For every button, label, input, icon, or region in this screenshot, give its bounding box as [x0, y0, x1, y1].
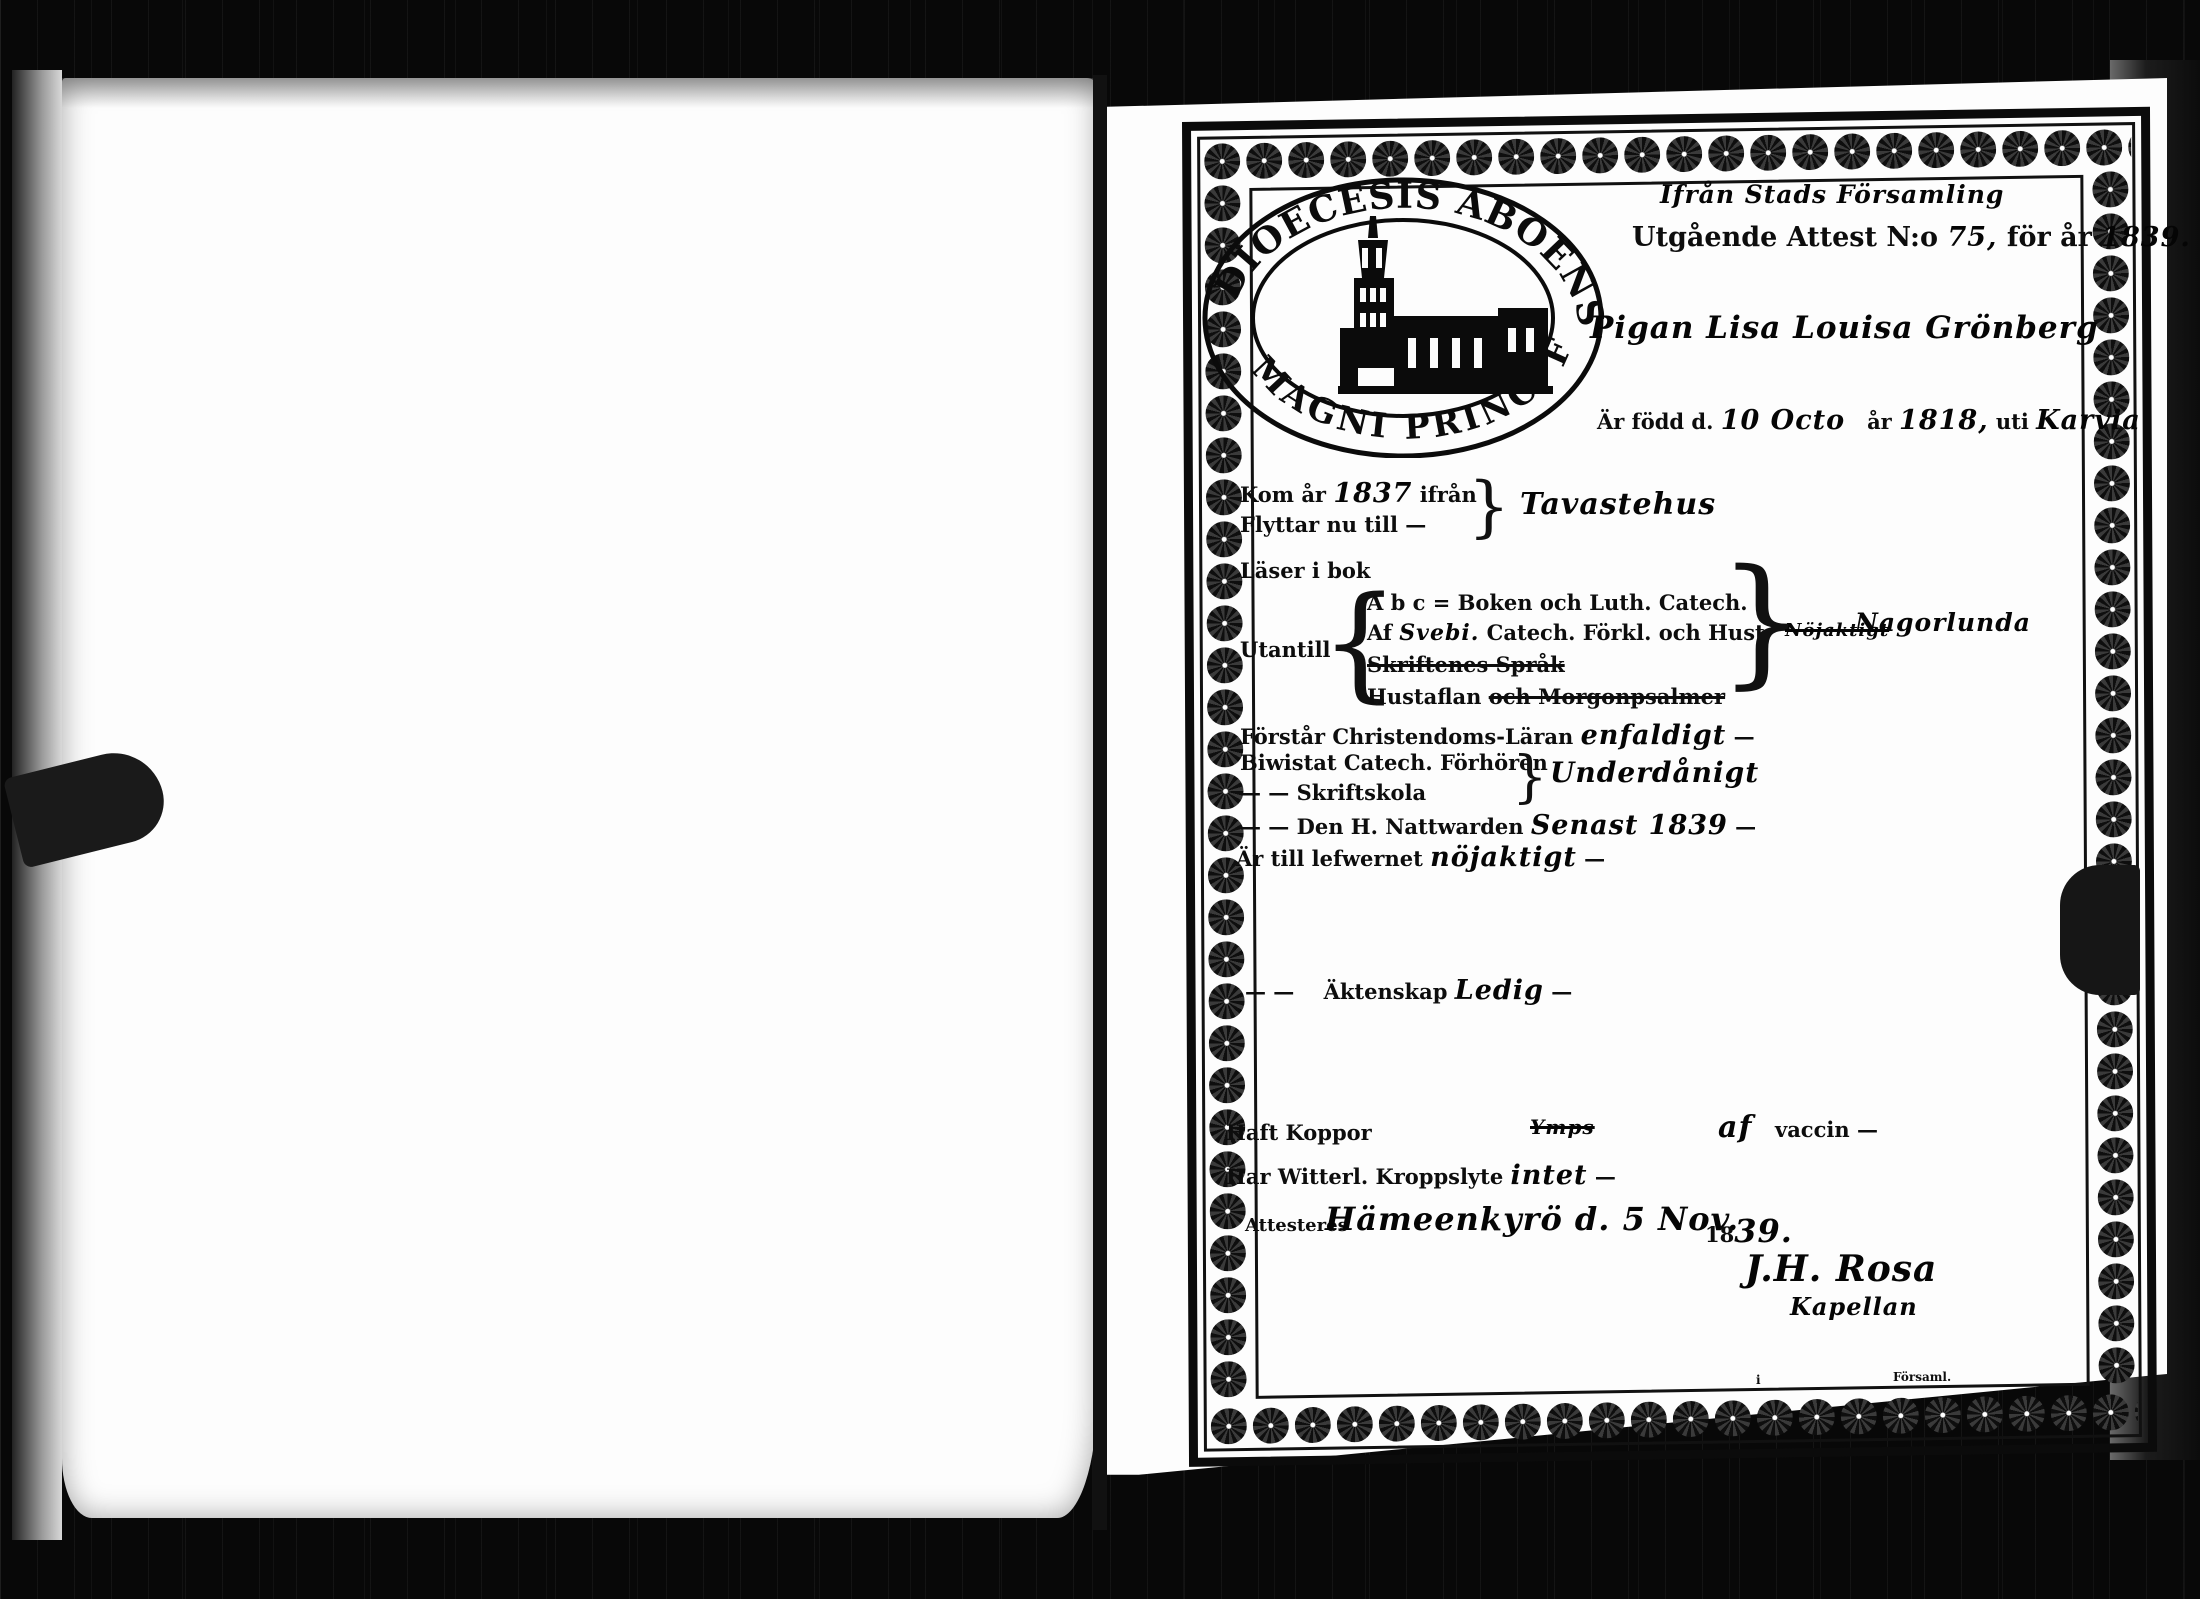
understands-line: Förstår Christendoms-Läran enfaldigt —: [1240, 720, 1755, 751]
rosette-ornament-icon: [2095, 591, 2131, 628]
rosette-ornament-icon: [1624, 136, 1660, 173]
communion-value: Senast 1839: [1531, 810, 1728, 841]
rosette-ornament-icon: [1673, 1401, 1709, 1438]
rosette-ornament-icon: [2097, 1011, 2133, 1048]
rosette-ornament-icon: [2095, 759, 2131, 796]
rosette-ornament-icon: [2009, 1395, 2045, 1432]
moving-to-line: Flyttar nu till —: [1240, 512, 1426, 537]
rosette-ornament-icon: [1547, 1403, 1583, 1440]
rosette-ornament-icon: [1505, 1403, 1541, 1440]
moving-to-label: Flyttar nu till: [1240, 512, 1398, 537]
rosette-ornament-icon: [1589, 1402, 1625, 1439]
rosette-ornament-icon: [1207, 605, 1243, 642]
rosette-ornament-icon: [1210, 1193, 1246, 1230]
marriage-value: Ledig: [1455, 975, 1544, 1006]
conduct-line: Är till lefwernet nöjaktigt —: [1236, 842, 1605, 873]
rosette-ornament-icon: [1210, 1319, 1246, 1356]
attendance-value: Underdånigt: [1550, 756, 1759, 789]
rosette-ornament-icon: [1750, 135, 1786, 172]
rosette-ornament-icon: [1715, 1400, 1751, 1437]
rosette-ornament-icon: [2094, 549, 2130, 586]
birth-line: Är född d. 10 Octo år 1818, uti Karvia: [1597, 405, 2141, 436]
right-page-clip: [2060, 865, 2140, 995]
rosette-ornament-icon: [2094, 507, 2130, 544]
blank-left-page: [62, 78, 1097, 1518]
defects-label: Har Witterl. Kroppslyte: [1226, 1164, 1503, 1189]
moving-to-dash: —: [1405, 512, 1426, 537]
defects-line: Har Witterl. Kroppslyte intet —: [1226, 1160, 1616, 1191]
marriage-line: — — Äktenskap Ledig —: [1245, 975, 1572, 1006]
rosette-ornament-icon: [1960, 131, 1996, 168]
rosette-ornament-icon: [1876, 133, 1912, 170]
rosette-ornament-icon: [2094, 465, 2130, 502]
vaccine-label: vaccin: [1775, 1117, 1850, 1142]
rosette-ornament-icon: [1210, 1361, 1246, 1398]
defects-value: intet: [1511, 1160, 1588, 1191]
reading-assessment: Nagorlunda: [1855, 608, 2031, 637]
conduct-label: Är till lefwernet: [1236, 846, 1423, 871]
destination-handwritten: Tavastehus: [1520, 487, 1716, 522]
parish-footer-label: Församl.: [1893, 1370, 1951, 1384]
came-line: Kom år 1837 ifrån: [1240, 478, 1477, 509]
rosette-ornament-icon: [2098, 1263, 2134, 1300]
rosette-ornament-icon: [1295, 1407, 1331, 1444]
rosette-ornament-icon: [1967, 1396, 2003, 1433]
rosette-ornament-icon: [2096, 801, 2132, 838]
rosette-ornament-icon: [1207, 689, 1243, 726]
rosette-ornament-icon: [2098, 1179, 2134, 1216]
marriage-prefix: — —: [1245, 979, 1294, 1004]
rosette-ornament-icon: [1208, 941, 1244, 978]
birth-year-label: år: [1867, 409, 1892, 434]
attestation-year: 1839.: [1705, 1212, 1793, 1250]
rosette-ornament-icon: [2097, 1137, 2133, 1174]
reading-item-scripture-struck: Skriftenes Språk: [1367, 652, 1565, 677]
certificate-year: 1839.: [2101, 222, 2191, 253]
smallpox-handwritten: af: [1718, 1110, 1752, 1145]
birth-year: 1818,: [1899, 405, 1989, 436]
rosette-ornament-icon: [1211, 1408, 1247, 1445]
birth-place-label: uti: [1996, 409, 2029, 434]
vaccine-line: vaccin —: [1775, 1117, 1878, 1142]
rosette-ornament-icon: [2098, 1305, 2134, 1342]
rosette-ornament-icon: [1883, 1397, 1919, 1434]
rosette-ornament-icon: [1206, 521, 1242, 558]
year-label: för år: [2007, 222, 2092, 253]
rosette-ornament-icon: [2135, 1393, 2138, 1430]
rosette-ornament-icon: [2095, 717, 2131, 754]
rosette-ornament-icon: [1708, 135, 1744, 172]
rosette-ornament-icon: [2095, 633, 2131, 670]
rosette-ornament-icon: [2092, 171, 2128, 208]
catechism-handwritten: Svebi.: [1399, 620, 1479, 646]
rosette-column-right: [2089, 168, 2137, 1392]
attestation-place-date: Hämeenkyrö d. 5 Nov.: [1325, 1200, 1739, 1238]
seal-top-text: DIOECESIS ABOENSIS.: [1198, 168, 1608, 331]
smallpox-label: Haft Koppor: [1226, 1120, 1372, 1145]
book-gutter: [1093, 75, 1107, 1530]
morning-psalms-struck: och Morgonpsalmer: [1489, 684, 1725, 709]
communion-line: — — Den H. Nattwarden Senast 1839 —: [1240, 810, 1756, 841]
birth-place: Karvia: [2036, 405, 2141, 436]
rosette-ornament-icon: [1463, 1404, 1499, 1441]
rosette-ornament-icon: [2095, 675, 2131, 712]
certificate-title-label: Utgående Attest N:o: [1632, 222, 1938, 253]
rosette-ornament-icon: [1210, 1277, 1246, 1314]
rosette-ornament-icon: [1209, 1067, 1245, 1104]
rosette-ornament-icon: [2098, 1221, 2134, 1258]
movement-brace: }: [1468, 468, 1510, 545]
marriage-label: Äktenskap: [1324, 979, 1448, 1004]
rosette-ornament-icon: [1379, 1405, 1415, 1442]
rosette-ornament-icon: [2044, 130, 2080, 167]
came-label: Kom år: [1240, 482, 1326, 507]
issuing-parish-handwritten: Ifrån Stads Församling: [1660, 180, 2004, 209]
rosette-ornament-icon: [2097, 1053, 2133, 1090]
attendance-brace: }: [1512, 745, 1548, 810]
attended-catech-label: Biwistat Catech. Förhören: [1240, 750, 1548, 775]
rosette-ornament-icon: [2097, 1095, 2133, 1132]
rosette-ornament-icon: [1207, 731, 1243, 768]
smallpox-struck: Ymps: [1530, 1115, 1595, 1139]
priest-signature: J.H. Rosa: [1745, 1248, 1937, 1290]
rosette-ornament-icon: [2002, 131, 2038, 168]
reading-item-household-table: Hustaflan och Morgonpsalmer: [1367, 684, 1725, 709]
rosette-ornament-icon: [2086, 129, 2122, 166]
svg-text:DIOECESIS ABOENSIS.: DIOECESIS ABOENSIS.: [1198, 168, 1608, 331]
birth-day: 10 Octo: [1721, 405, 1845, 436]
birth-label: Är född d.: [1597, 409, 1713, 434]
rosette-ornament-icon: [1841, 1398, 1877, 1435]
rosette-ornament-icon: [2098, 1347, 2134, 1384]
came-year: 1837: [1333, 478, 1412, 509]
rosette-ornament-icon: [2093, 255, 2129, 292]
rosette-ornament-icon: [1208, 899, 1244, 936]
rosette-ornament-icon: [1253, 1407, 1289, 1444]
rosette-ornament-icon: [1666, 136, 1702, 173]
rosette-ornament-icon: [1207, 773, 1243, 810]
certificate-title: Utgående Attest N:o 75, för år 1839.: [1632, 222, 2191, 253]
rosette-ornament-icon: [1631, 1401, 1667, 1438]
rosette-ornament-icon: [1421, 1405, 1457, 1442]
by-heart-label: Utantill: [1240, 637, 1331, 662]
rosette-ornament-icon: [1337, 1406, 1373, 1443]
rosette-ornament-icon: [1209, 983, 1245, 1020]
person-name-handwritten: Pigan Lisa Louisa Grönberg: [1590, 310, 2099, 346]
conduct-value: nöjaktigt: [1430, 842, 1577, 873]
rosette-ornament-icon: [1925, 1397, 1961, 1434]
rosette-ornament-icon: [1206, 563, 1242, 600]
rosette-ornament-icon: [1799, 1399, 1835, 1436]
confession-school-label: — — Skriftskola: [1240, 780, 1426, 805]
diocese-seal-icon: DIOECESIS ABOENSIS. MAGNI PRINC. FINL.: [1198, 168, 1608, 458]
understands-value: enfaldigt: [1581, 720, 1727, 751]
priest-title: Kapellan: [1790, 1292, 1918, 1321]
communion-label: — — Den H. Nattwarden: [1240, 814, 1524, 839]
reading-item-catechism: Af Svebi. Catech. Förkl. och Hust: [1367, 620, 1765, 646]
rosette-ornament-icon: [1207, 647, 1243, 684]
rosette-ornament-icon: [1834, 133, 1870, 170]
rosette-ornament-icon: [1918, 132, 1954, 169]
reading-item-abc: A b c = Boken och Luth. Catech.: [1367, 590, 1748, 615]
rosette-ornament-icon: [1209, 1025, 1245, 1062]
rosette-ornament-icon: [2128, 129, 2131, 166]
footer-mark: i: [1756, 1373, 1761, 1387]
rosette-ornament-icon: [2051, 1395, 2087, 1432]
rosette-ornament-icon: [1757, 1399, 1793, 1436]
rosette-ornament-icon: [2093, 1394, 2129, 1431]
certificate-number: 75,: [1947, 222, 1997, 253]
rosette-ornament-icon: [1210, 1235, 1246, 1272]
rosette-ornament-icon: [1792, 134, 1828, 171]
rosette-ornament-icon: [1206, 479, 1242, 516]
